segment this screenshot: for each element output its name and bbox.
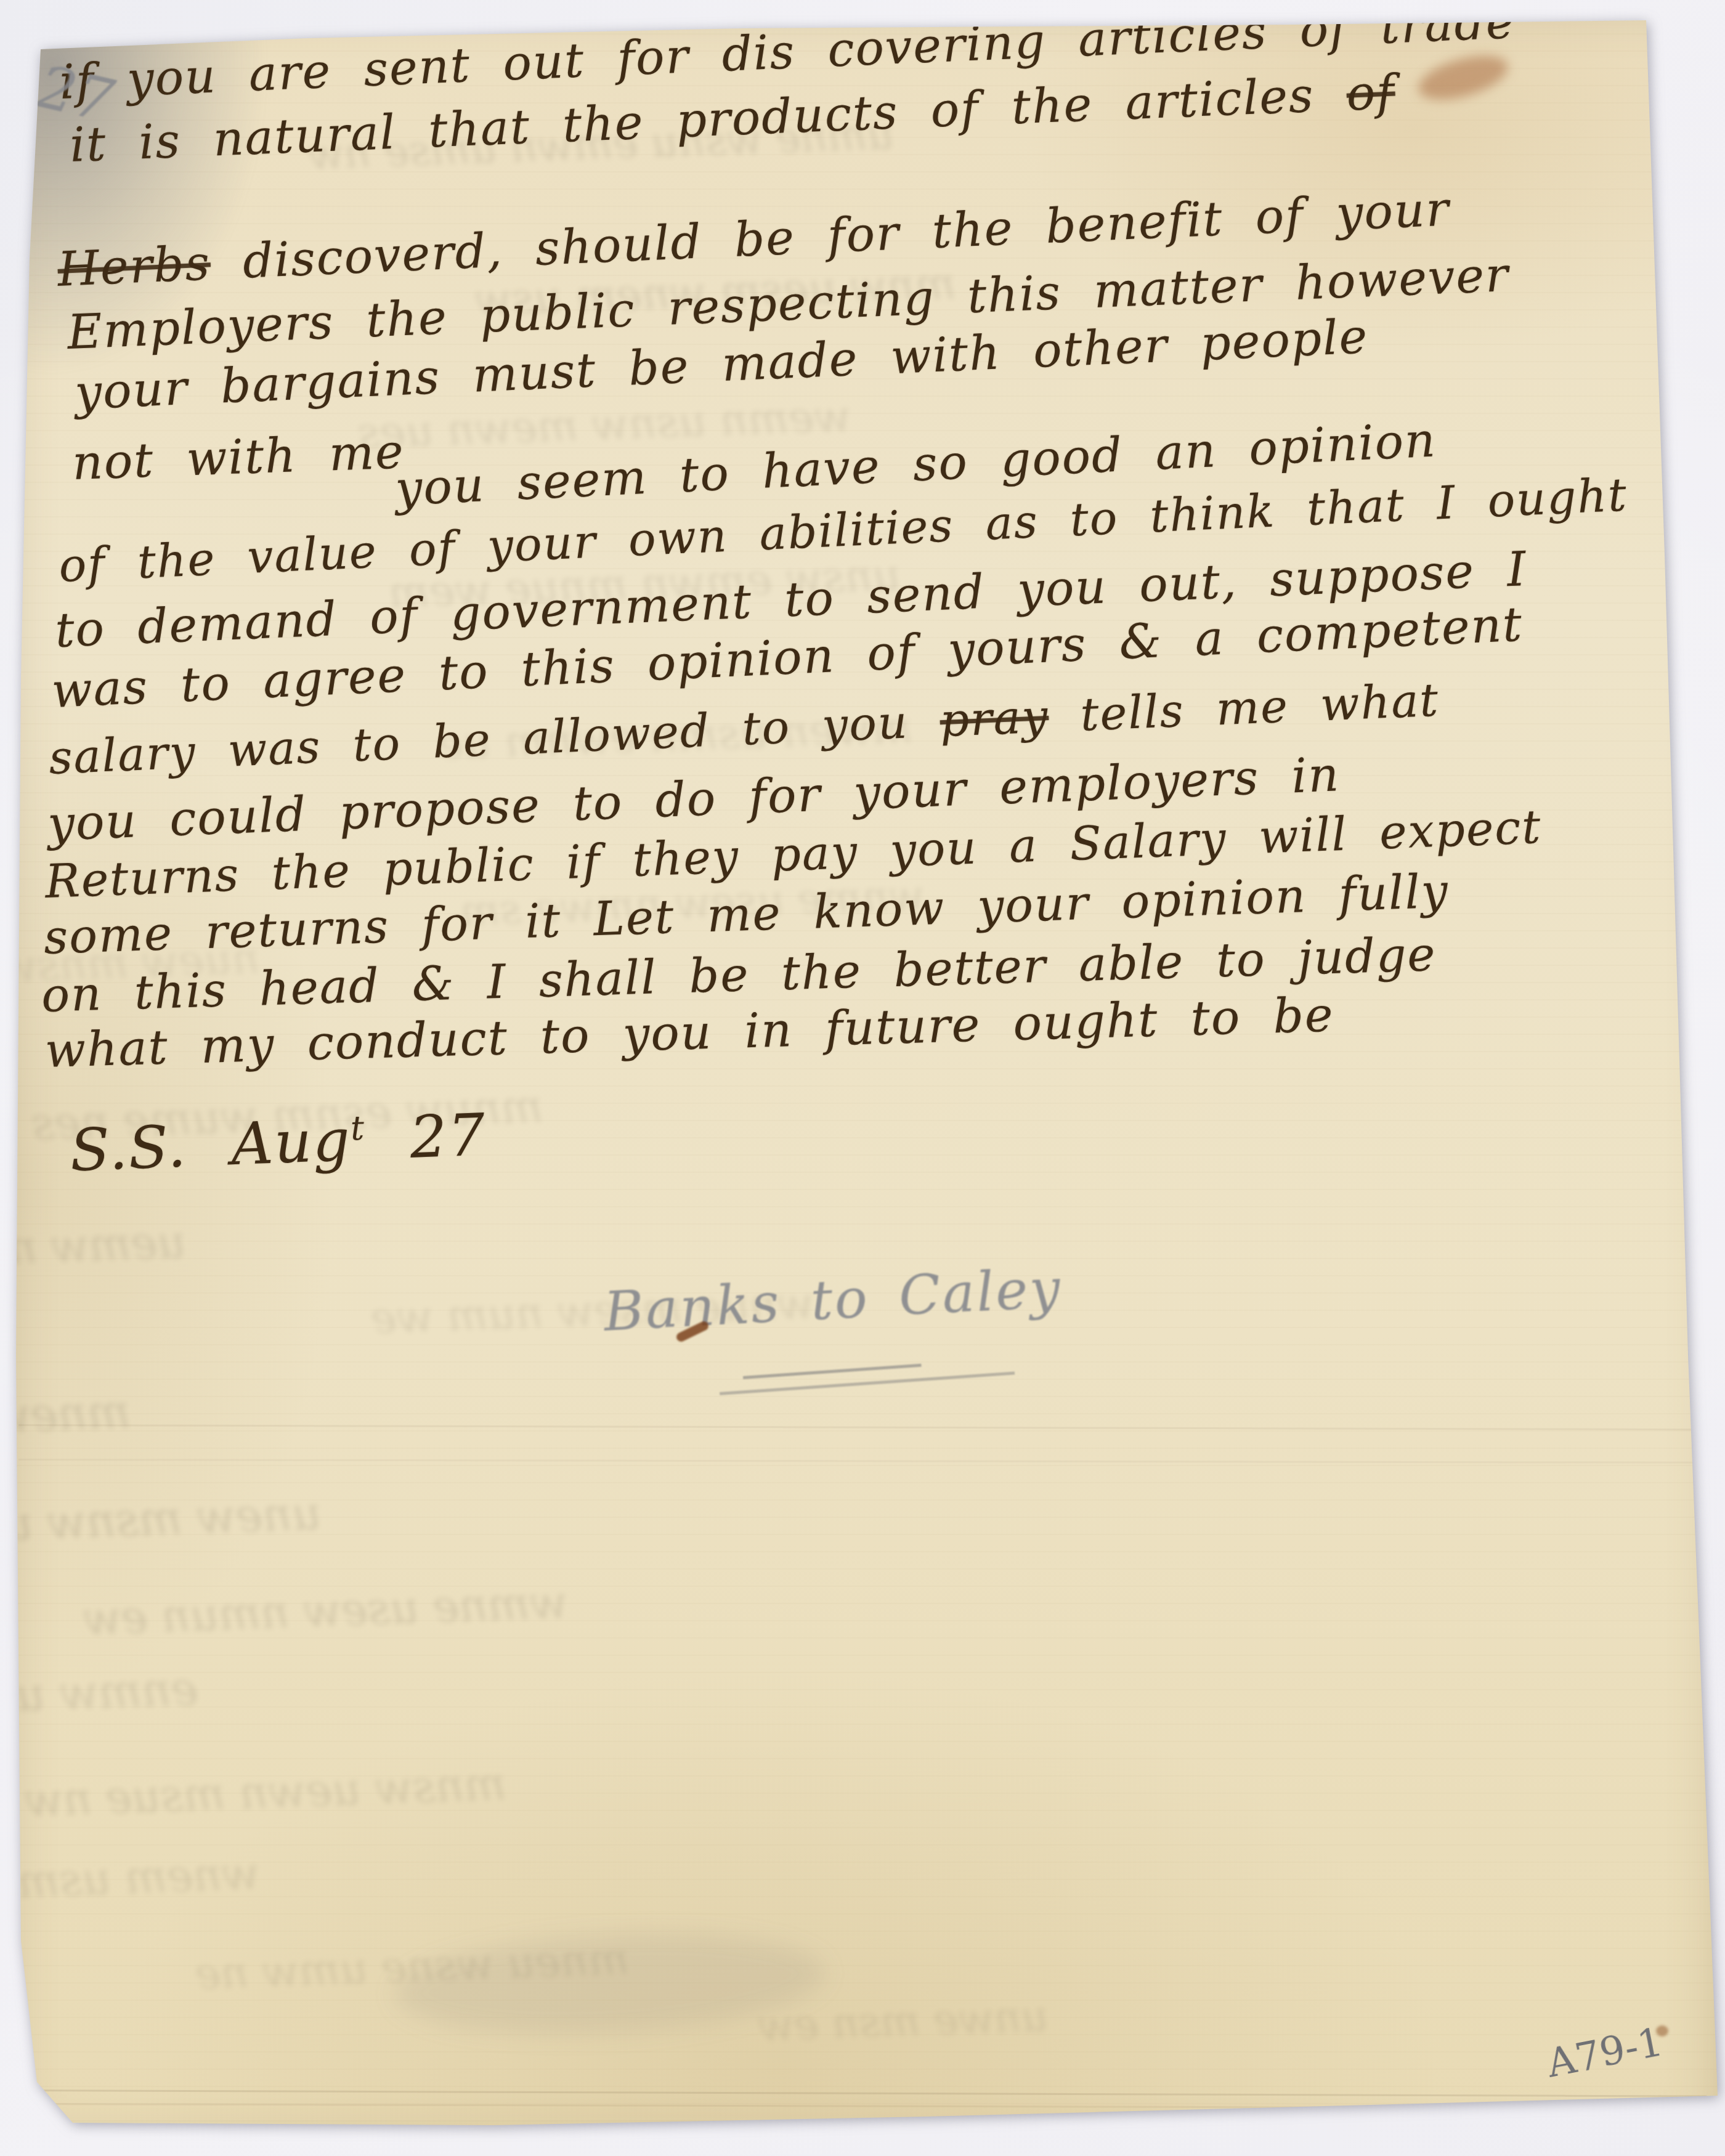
letter-page: umne wsnu emwn umse nwmnw uesm wnem usww…: [0, 0, 1725, 2156]
bleed-through-line: unew msnw uemn wse mn: [0, 1491, 322, 1557]
bleed-through-line: mnew usnw emun wsem nu: [0, 1389, 131, 1457]
dateline-superscript: t: [350, 1108, 366, 1148]
bleed-through-line: uemw nsmu wenu sem: [0, 1220, 187, 1282]
crease-line: [18, 1424, 1707, 1430]
manuscript-line: not with me: [71, 428, 405, 487]
bleed-through-line: wnem usmw nuem wse: [0, 1851, 261, 1913]
scan-background: umne wsnu emwn umse nwmnw uesm wnem usww…: [0, 0, 1725, 2156]
graphite-smudge: [392, 1923, 827, 2044]
catalog-number-pencil: A79-1: [1544, 2023, 1666, 2084]
ink-smudge: [1414, 47, 1513, 108]
bleed-through-line: unwe msn ew: [757, 1996, 1049, 2048]
dateline: S.S. Augt 27: [69, 1106, 487, 1180]
dateline-day: 27: [365, 1101, 488, 1173]
crease-line: [18, 2089, 1707, 2097]
docket-pencil: Banks to Caley: [603, 1261, 1063, 1339]
crease-line: [18, 1459, 1707, 1464]
crease-line: [18, 2103, 1707, 2109]
folio-number-pencil: 27: [32, 57, 119, 131]
bleed-through-line: wmne usew nmun ew: [83, 1580, 569, 1641]
bleed-through-line: mnsw uewn msue nw: [24, 1762, 506, 1823]
bleed-through-line: enmw usne wmun esw ne: [0, 1666, 199, 1733]
dateline-place-initials: S.S. Aug: [69, 1107, 352, 1185]
docket-underline: [743, 1364, 922, 1379]
bleed-through-line: mneu wsne umw ne: [194, 1937, 630, 1996]
